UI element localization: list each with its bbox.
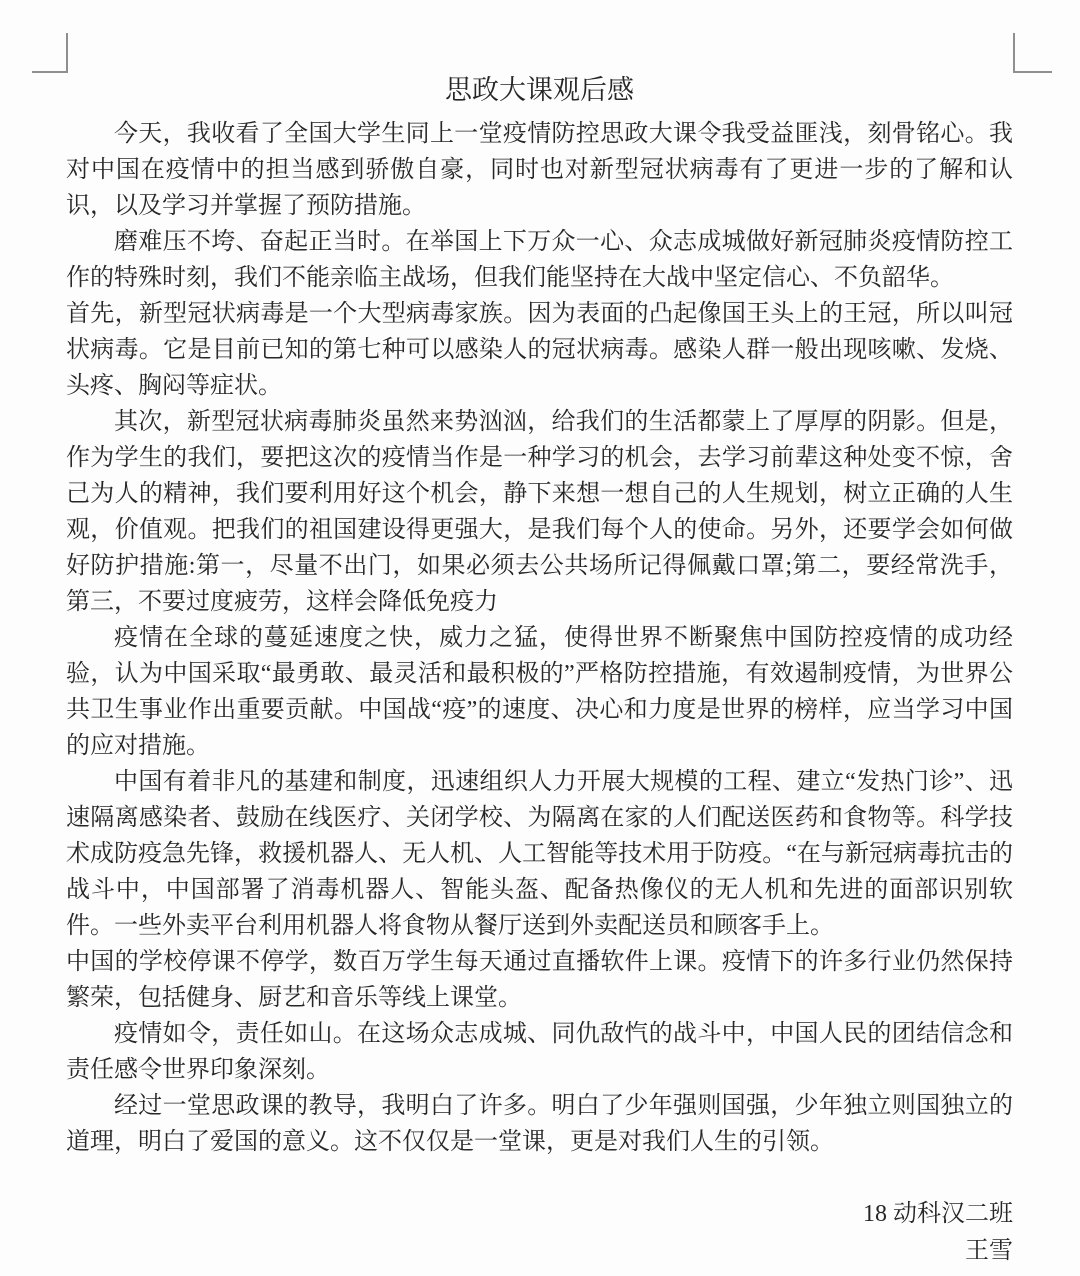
essay-title: 思政大课观后感 — [66, 70, 1013, 110]
paragraph-first-point: 首先，新型冠状病毒是一个大型病毒家族。因为表面的凸起像国王头上的王冠，所以叫冠状… — [66, 296, 1013, 404]
paragraph-intro: 今天，我收看了全国大学生同上一堂疫情防控思政大课令我受益匪浅，刻骨铭心。我对中国… — [66, 116, 1013, 224]
essay-content: 思政大课观后感 今天，我收看了全国大学生同上一堂疫情防控思政大课令我受益匪浅，刻… — [66, 70, 1013, 1270]
paragraph-hardship: 磨难压不垮、奋起正当时。在举国上下万众一心、众志成城做好新冠肺炎疫情防控工作的特… — [66, 224, 1013, 296]
crop-mark-top-right-icon — [1013, 33, 1052, 73]
signature-block: 18 动科汉二班 王雪 — [66, 1196, 1013, 1270]
paragraph-online-classes: 中国的学校停课不停学，数百万学生每天通过直播软件上课。疫情下的许多行业仍然保持繁… — [66, 944, 1013, 1016]
crop-mark-top-left-icon — [32, 33, 68, 73]
signature-class-line: 18 动科汉二班 — [66, 1196, 1013, 1233]
paragraph-conclusion: 经过一堂思政课的教导，我明白了许多。明白了少年强则国强，少年独立则国独立的道理，… — [66, 1088, 1013, 1160]
paragraph-global-epidemic: 疫情在全球的蔓延速度之快，威力之猛，使得世界不断聚焦中国防控疫情的成功经验，认为… — [66, 620, 1013, 764]
paragraph-responsibility: 疫情如令，责任如山。在这场众志成城、同仇敌忾的战斗中，中国人民的团结信念和责任感… — [66, 1016, 1013, 1088]
paragraph-china-infrastructure: 中国有着非凡的基建和制度，迅速组织人力开展大规模的工程、建立“发热门诊”、迅速隔… — [66, 764, 1013, 944]
signature-name-line: 王雪 — [66, 1233, 1013, 1270]
paragraph-second-point: 其次，新型冠状病毒肺炎虽然来势汹汹，给我们的生活都蒙上了厚厚的阴影。但是，作为学… — [66, 404, 1013, 620]
document-page: 思政大课观后感 今天，我收看了全国大学生同上一堂疫情防控思政大课令我受益匪浅，刻… — [0, 0, 1080, 1276]
